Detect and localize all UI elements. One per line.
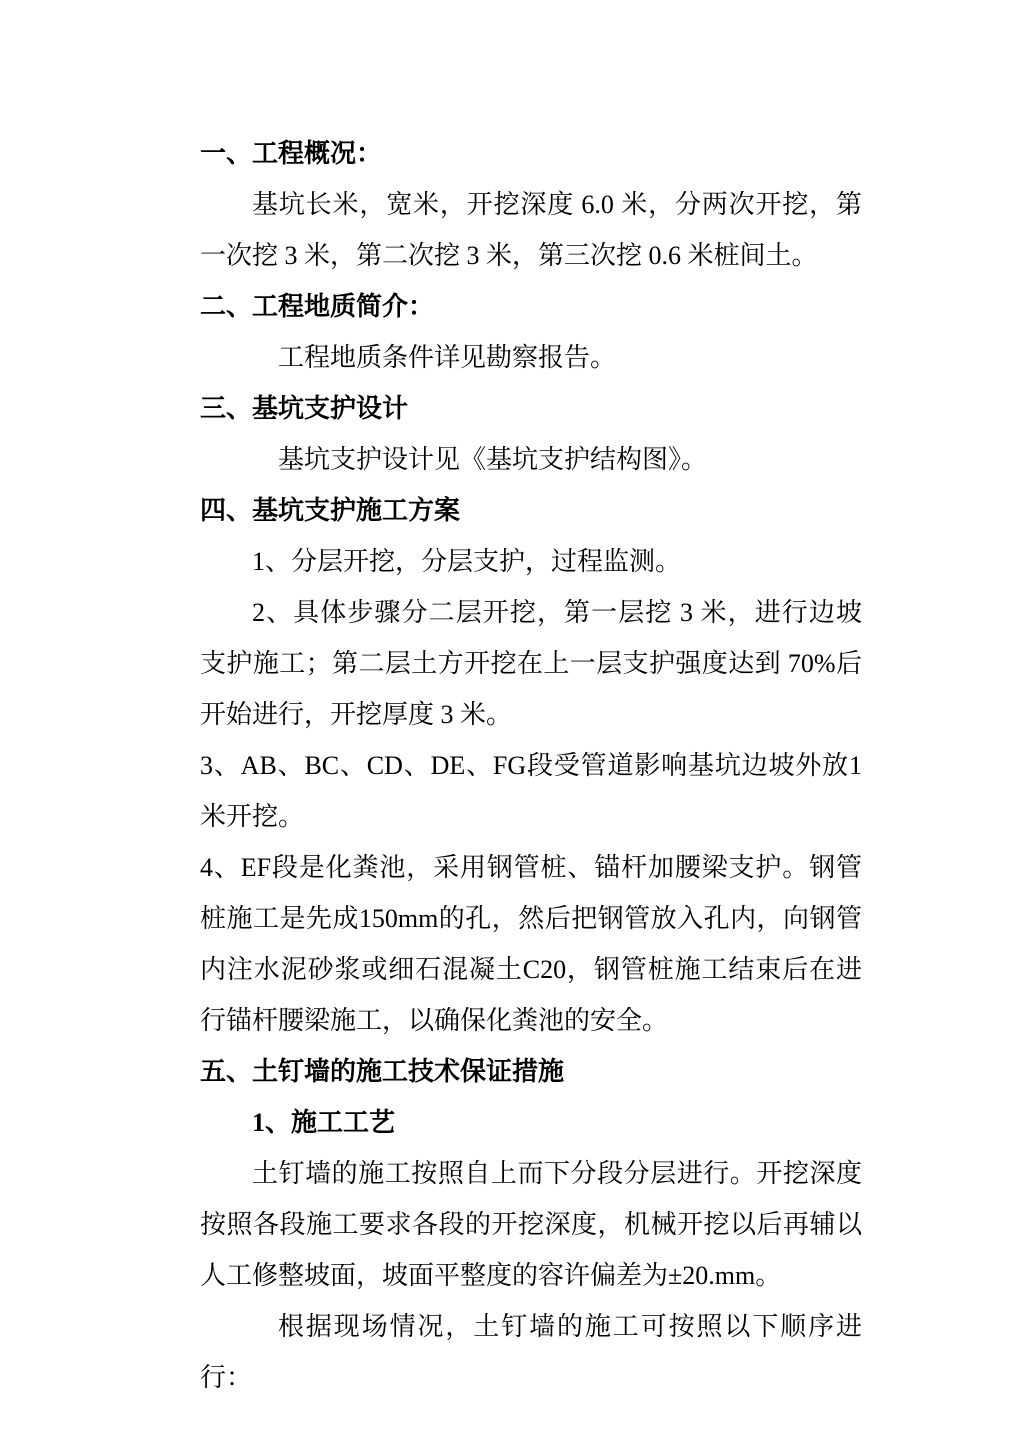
section-heading: 三、基坑支护设计 [200,383,862,434]
body-paragraph: 4、EF段是化粪池，采用钢管桩、锚杆加腰梁支护。钢管桩施工是先成150mm的孔，… [200,842,862,1046]
body-paragraph: 工程地质条件详见勘察报告。 [200,332,862,383]
sub-heading: 1、施工工艺 [200,1097,862,1148]
section-heading: 二、工程地质简介： [200,281,862,332]
body-paragraph: 土钉墙的施工按照自上而下分段分层进行。开挖深度按照各段施工要求各段的开挖深度，机… [200,1148,862,1301]
section-heading: 四、基坑支护施工方案 [200,485,862,536]
body-paragraph: 2、具体步骤分二层开挖，第一层挖 3 米，进行边坡支护施工；第二层土方开挖在上一… [200,587,862,740]
body-paragraph: 1、分层开挖，分层支护，过程监测。 [200,536,862,587]
body-paragraph: 基坑支护设计见《基坑支护结构图》。 [200,434,862,485]
body-paragraph: 3、AB、BC、CD、DE、FG段受管道影响基坑边坡外放1米开挖。 [200,740,862,842]
section-heading: 一、工程概况： [200,128,862,179]
document-body: 一、工程概况：基坑长米，宽米，开挖深度 6.0 米，分两次开挖，第一次挖 3 米… [200,128,862,1403]
document-page: 一、工程概况：基坑长米，宽米，开挖深度 6.0 米，分两次开挖，第一次挖 3 米… [0,0,1012,1431]
body-paragraph: 根据现场情况，土钉墙的施工可按照以下顺序进行： [200,1301,862,1403]
section-heading: 五、土钉墙的施工技术保证措施 [200,1046,862,1097]
body-paragraph: 基坑长米，宽米，开挖深度 6.0 米，分两次开挖，第一次挖 3 米，第二次挖 3… [200,179,862,281]
